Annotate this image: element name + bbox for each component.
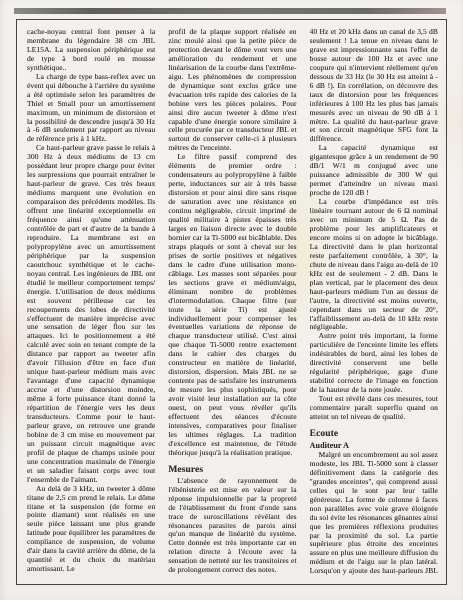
article-paragraph: Malgré un encombrement au sol assez mode… bbox=[310, 451, 438, 576]
article-paragraph: La charge de type bass-reflex avec un év… bbox=[27, 73, 155, 145]
article-paragraph: cache-noyau central font penser à la mem… bbox=[27, 28, 155, 73]
article-paragraph: La courbe d'impédance est très linéaire … bbox=[310, 198, 438, 332]
article-paragraph: profil de la plaque support réalisée en … bbox=[168, 28, 296, 153]
article-frame: cache-noyau central font penser à la mem… bbox=[16, 19, 447, 585]
article-paragraph: Le filtre passif comprend des éléments d… bbox=[168, 153, 296, 457]
article-paragraph: 40 Hz et 20 kHz dans un canal de 3,5 dB … bbox=[310, 28, 438, 144]
subsection-heading-auditeur-a: Auditeur A bbox=[310, 441, 438, 450]
article-paragraph: Au delà de 3 kHz, un tweeter à dôme tita… bbox=[27, 485, 155, 575]
page-top-rule bbox=[14, 8, 446, 14]
section-heading-mesures: Mesures bbox=[168, 465, 296, 475]
column-1: cache-noyau central font penser à la mem… bbox=[27, 28, 155, 576]
article-paragraph: Ce haut-parleur grave passe le relais à … bbox=[27, 144, 155, 484]
article-paragraph: Tout est révélé dans ces mesures, tout c… bbox=[310, 395, 438, 422]
column-3: 40 Hz et 20 kHz dans un canal de 3,5 dB … bbox=[310, 28, 438, 576]
magazine-page: cache-noyau central font penser à la mem… bbox=[0, 0, 463, 600]
article-paragraph: L'absence de rayonnement de l'ébénisteri… bbox=[168, 477, 296, 575]
article-paragraph: Côté courbe de réponse, la linéarité est… bbox=[168, 575, 296, 576]
section-heading-ecoute: Ecoute bbox=[310, 429, 438, 439]
article-columns: cache-noyau central font penser à la mem… bbox=[27, 28, 438, 576]
article-paragraph: Autre point très important, la forme par… bbox=[310, 332, 438, 395]
column-2: profil de la plaque support réalisée en … bbox=[168, 28, 296, 576]
article-paragraph: La capacité dynamique est gigantesque gr… bbox=[310, 144, 438, 198]
